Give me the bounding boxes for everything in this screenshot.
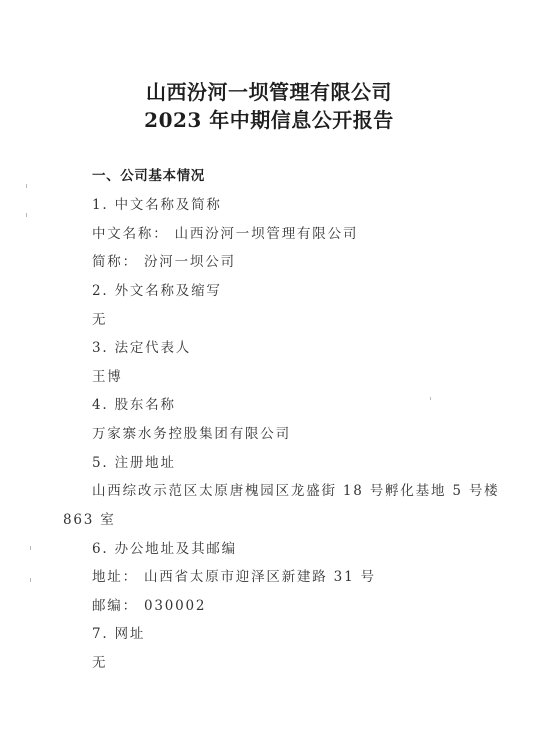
chinese-name-value: 中文名称： 山西汾河一坝管理有限公司: [92, 225, 358, 243]
document-title-company: 山西汾河一坝管理有限公司: [0, 80, 538, 104]
item-label-website: 7. 网址: [92, 625, 145, 643]
document-title-report: 2023 年中期信息公开报告: [0, 108, 538, 132]
scan-speck: [26, 184, 27, 188]
postal-code-value: 邮编： 030002: [92, 597, 206, 615]
scan-speck: [30, 578, 31, 582]
item-label-chinese-name: 1. 中文名称及简称: [92, 196, 222, 214]
foreign-name-value: 无: [92, 311, 107, 329]
legal-rep-value: 王博: [92, 368, 123, 386]
scan-speck: [430, 397, 431, 400]
website-value: 无: [92, 654, 107, 672]
office-address-value: 地址： 山西省太原市迎泽区新建路 31 号: [92, 568, 376, 586]
item-label-legal-rep: 3. 法定代表人: [92, 339, 191, 357]
item-label-shareholder: 4. 股东名称: [92, 396, 176, 414]
section-heading: 一、公司基本情况: [92, 167, 205, 185]
scan-speck: [30, 546, 31, 550]
item-label-office-address: 6. 办公地址及其邮编: [92, 540, 237, 558]
item-label-foreign-name: 2. 外文名称及缩写: [92, 282, 222, 300]
short-name-value: 简称： 汾河一坝公司: [92, 253, 236, 271]
scan-speck: [26, 213, 27, 217]
shareholder-value: 万家寨水务控股集团有限公司: [92, 425, 291, 443]
item-label-registered-address: 5. 注册地址: [92, 454, 176, 472]
registered-address-value: 山西综改示范区太原唐槐园区龙盛街 18 号孵化基地 5 号楼: [92, 482, 499, 500]
document-page: 山西汾河一坝管理有限公司 2023 年中期信息公开报告 一、公司基本情况 1. …: [0, 0, 538, 749]
registered-address-value-cont: 863 室: [63, 511, 116, 529]
